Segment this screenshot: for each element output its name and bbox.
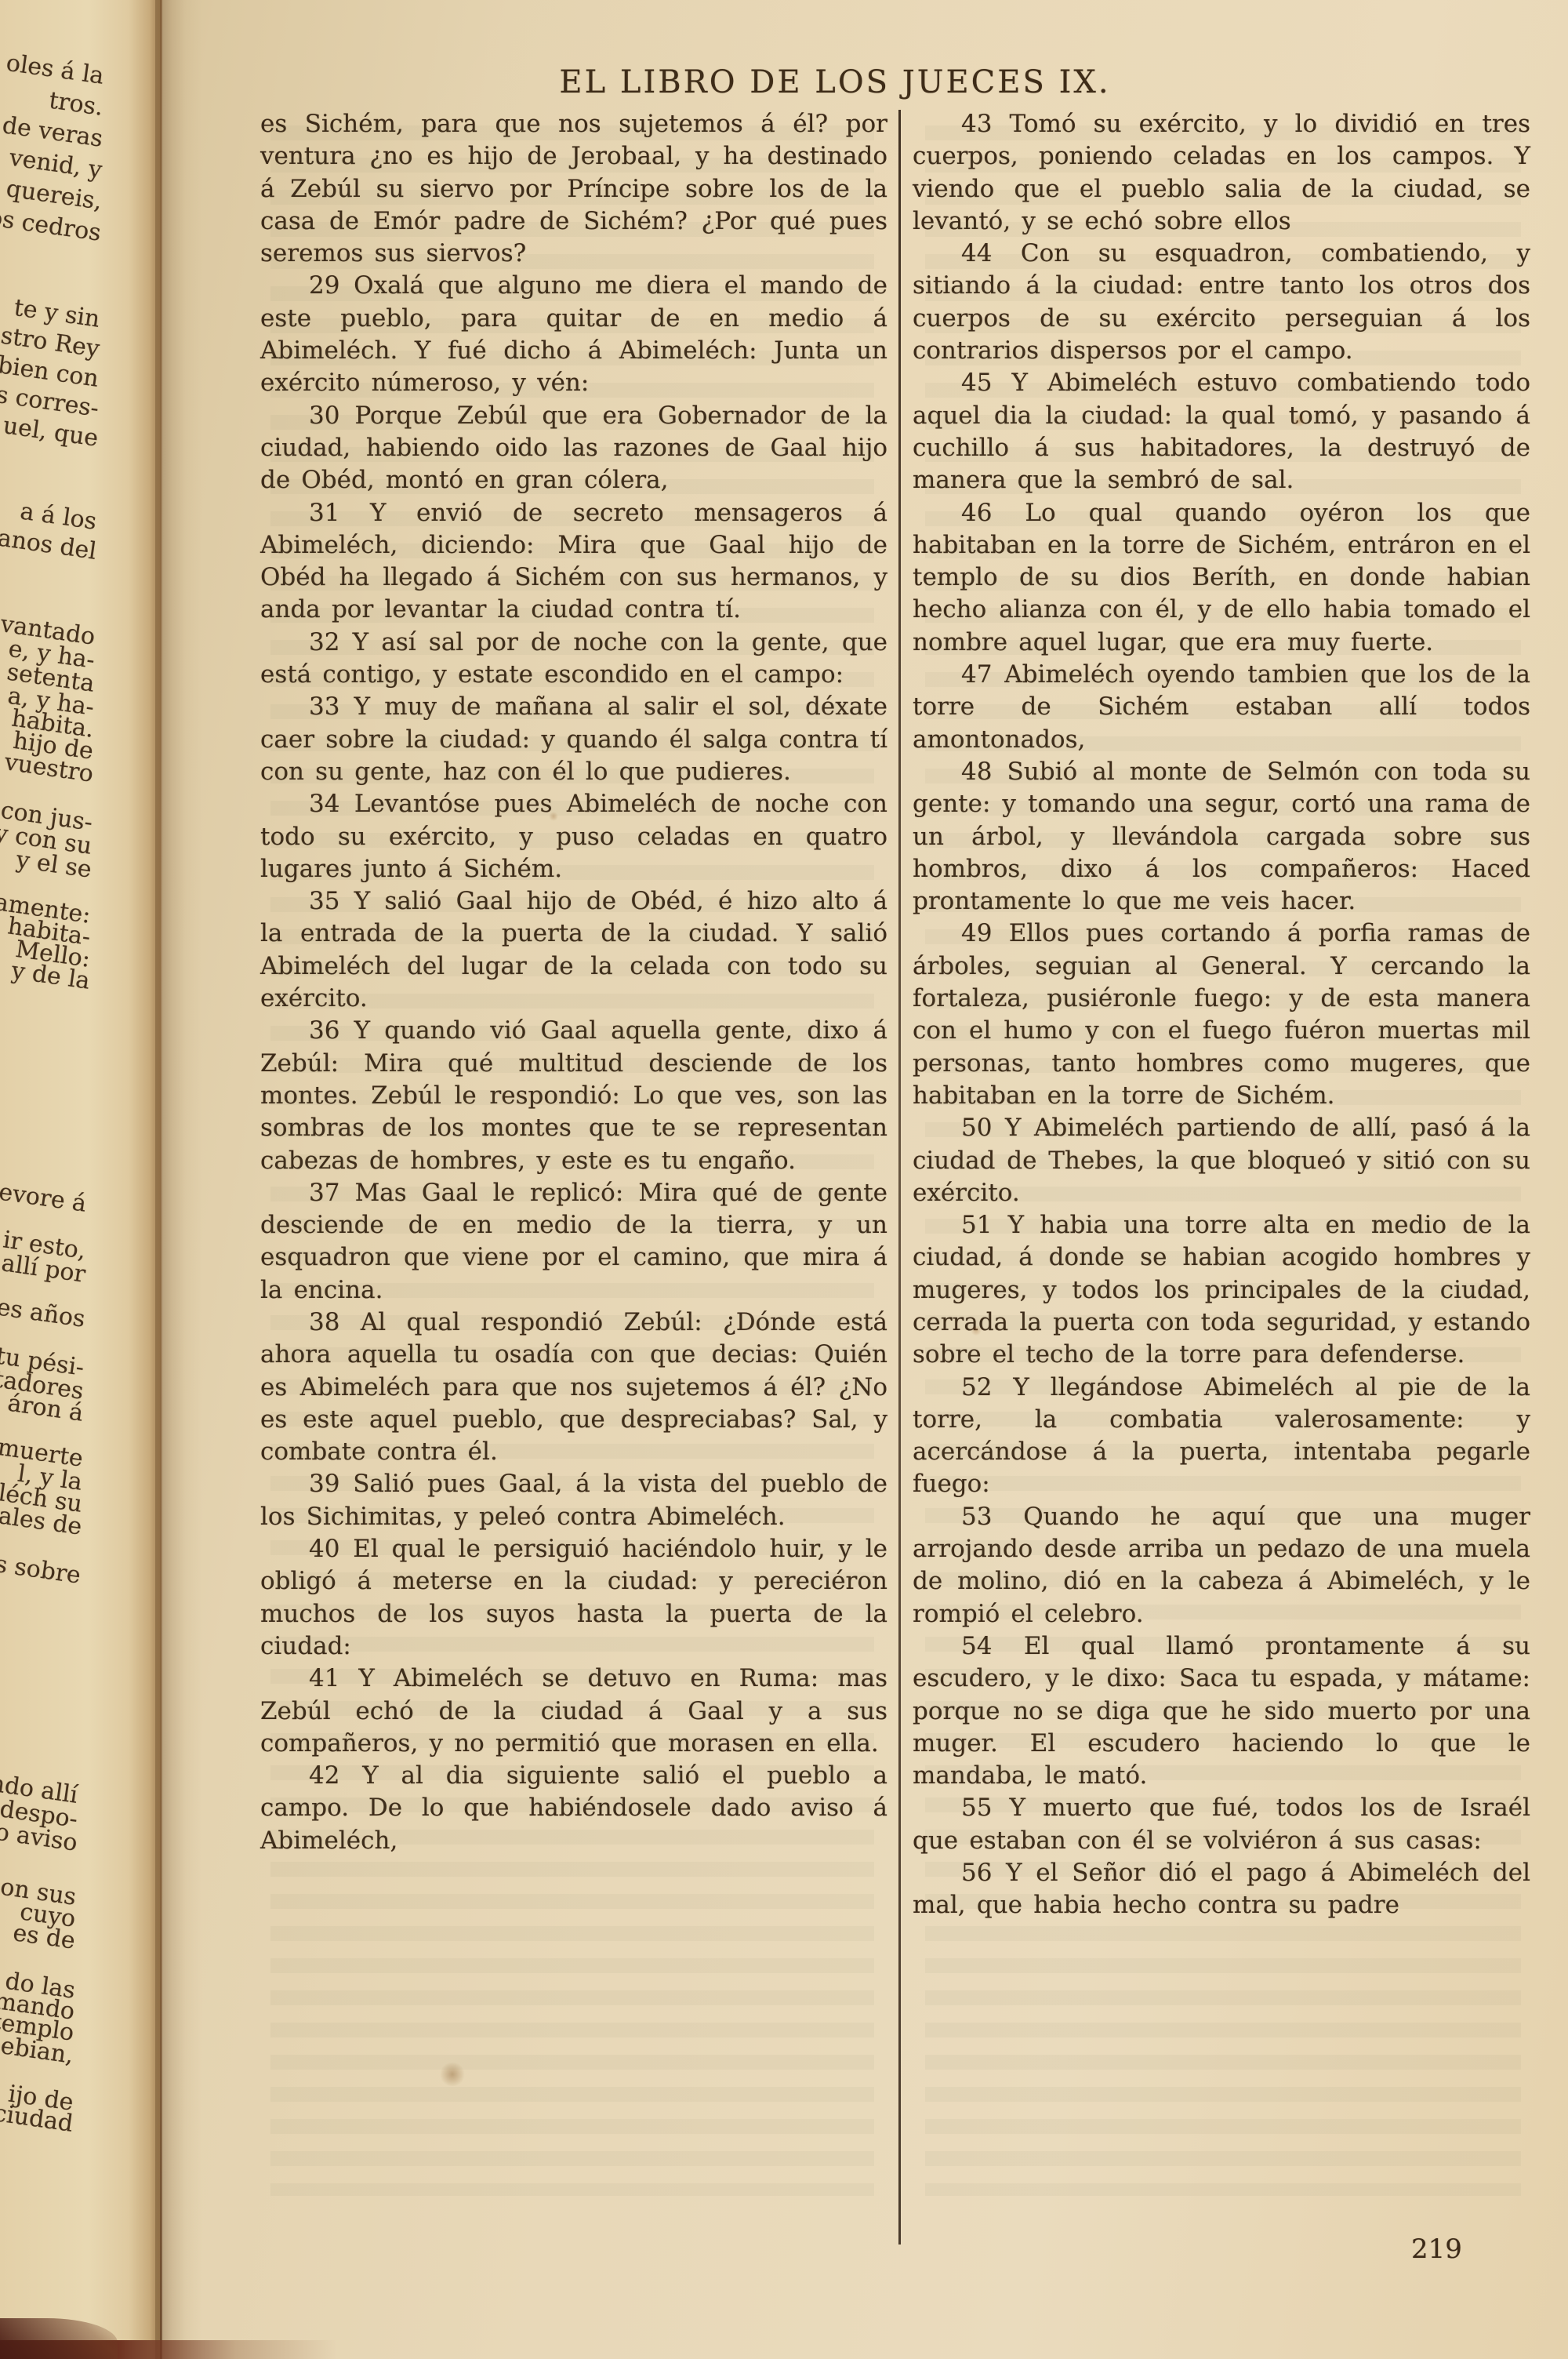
gutter-shadow	[155, 0, 202, 2359]
verse-paragraph: 47 Abimeléch oyendo tambien que los de l…	[913, 659, 1530, 756]
verse-paragraph: 46 Lo qual quando oyéron los que habitab…	[913, 497, 1530, 659]
verse-paragraph: 48 Subió al monte de Selmón con toda su …	[913, 756, 1530, 918]
verse-paragraph: 53 Quando he aquí que una muger arrojand…	[913, 1501, 1530, 1630]
verse-paragraph: 32 Y así sal por de noche con la gente, …	[260, 627, 887, 692]
verse-paragraph: 31 Y envió de secreto mensageros á Abime…	[260, 497, 887, 627]
verse-paragraph: 30 Porque Zebúl que era Gobernador de la…	[260, 400, 887, 497]
text-column-right: 43 Tomó su exército, y lo dividió en tre…	[913, 108, 1530, 1922]
verse-paragraph: 45 Y Abimeléch estuvo combatiendo todo a…	[913, 367, 1530, 496]
facing-page-edge: oles á latros.de verasvenid, yquereis,os…	[0, 0, 161, 2359]
verse-paragraph: 55 Y muerto que fué, todos los de Israél…	[913, 1792, 1530, 1857]
verse-paragraph: 33 Y muy de mañana al salir el sol, déxa…	[260, 691, 887, 788]
page-title: EL LIBRO DE LOS JUECES IX.	[259, 64, 1411, 100]
facing-page-text-fragment: tros.	[47, 87, 105, 122]
verse-paragraph: 41 Y Abimeléch se detuvo en Ruma: mas Ze…	[260, 1663, 887, 1760]
facing-page-text-fragment: levore á	[0, 1177, 89, 1218]
verse-paragraph: 29 Oxalá que alguno me diera el mando de…	[260, 270, 887, 399]
verse-paragraph: 35 Y salió Gaal hijo de Obéd, é hizo alt…	[260, 885, 887, 1015]
column-divider	[898, 110, 901, 2245]
verse-paragraph: 49 Ellos pues cortando á porfia ramas de…	[913, 918, 1530, 1112]
verse-paragraph: 39 Salió pues Gaal, á la vista del puebl…	[260, 1468, 887, 1533]
text-column-left: es Sichém, para que nos sujetemos á él? …	[260, 108, 887, 1857]
verse-paragraph: 42 Y al dia siguiente salió el pueblo a …	[260, 1760, 887, 1857]
paper-stain	[439, 2063, 466, 2086]
verse-paragraph: 50 Y Abimeléch partiendo de allí, pasó á…	[913, 1112, 1530, 1209]
verse-paragraph: 44 Con su esquadron, combatiendo, y siti…	[913, 238, 1530, 367]
verse-paragraph: 51 Y habia una torre alta en medio de la…	[913, 1209, 1530, 1371]
verse-paragraph: 34 Levantóse pues Abimeléch de noche con…	[260, 788, 887, 885]
verse-paragraph: es Sichém, para que nos sujetemos á él? …	[260, 108, 887, 270]
book-page-photo: oles á latros.de verasvenid, yquereis,os…	[0, 0, 1568, 2359]
verse-paragraph: 56 Y el Señor dió el pago á Abimeléch de…	[913, 1857, 1530, 1922]
verse-paragraph: 38 Al qual respondió Zebúl: ¿Dónde está …	[260, 1307, 887, 1468]
facing-page-text-fragment: s sobre	[0, 1550, 83, 1590]
verse-paragraph: 40 El qual le persiguió haciéndolo huir,…	[260, 1533, 887, 1663]
facing-page-text-fragment: oles á la	[4, 49, 105, 90]
verse-paragraph: 43 Tomó su exército, y lo dividió en tre…	[913, 108, 1530, 238]
verse-paragraph: 36 Y quando vió Gaal aquella gente, dixo…	[260, 1015, 887, 1176]
verse-paragraph: 52 Y llegándose Abimeléch al pie de la t…	[913, 1372, 1530, 1501]
verse-paragraph: 37 Mas Gaal le replicó: Mira qué de gent…	[260, 1177, 887, 1307]
facing-page-text-fragment: es años	[0, 1293, 86, 1332]
gutter-crease	[160, 0, 162, 2359]
page-number: 219	[1411, 2234, 1462, 2265]
verse-paragraph: 54 El qual llamó prontamente á su escude…	[913, 1630, 1530, 1792]
